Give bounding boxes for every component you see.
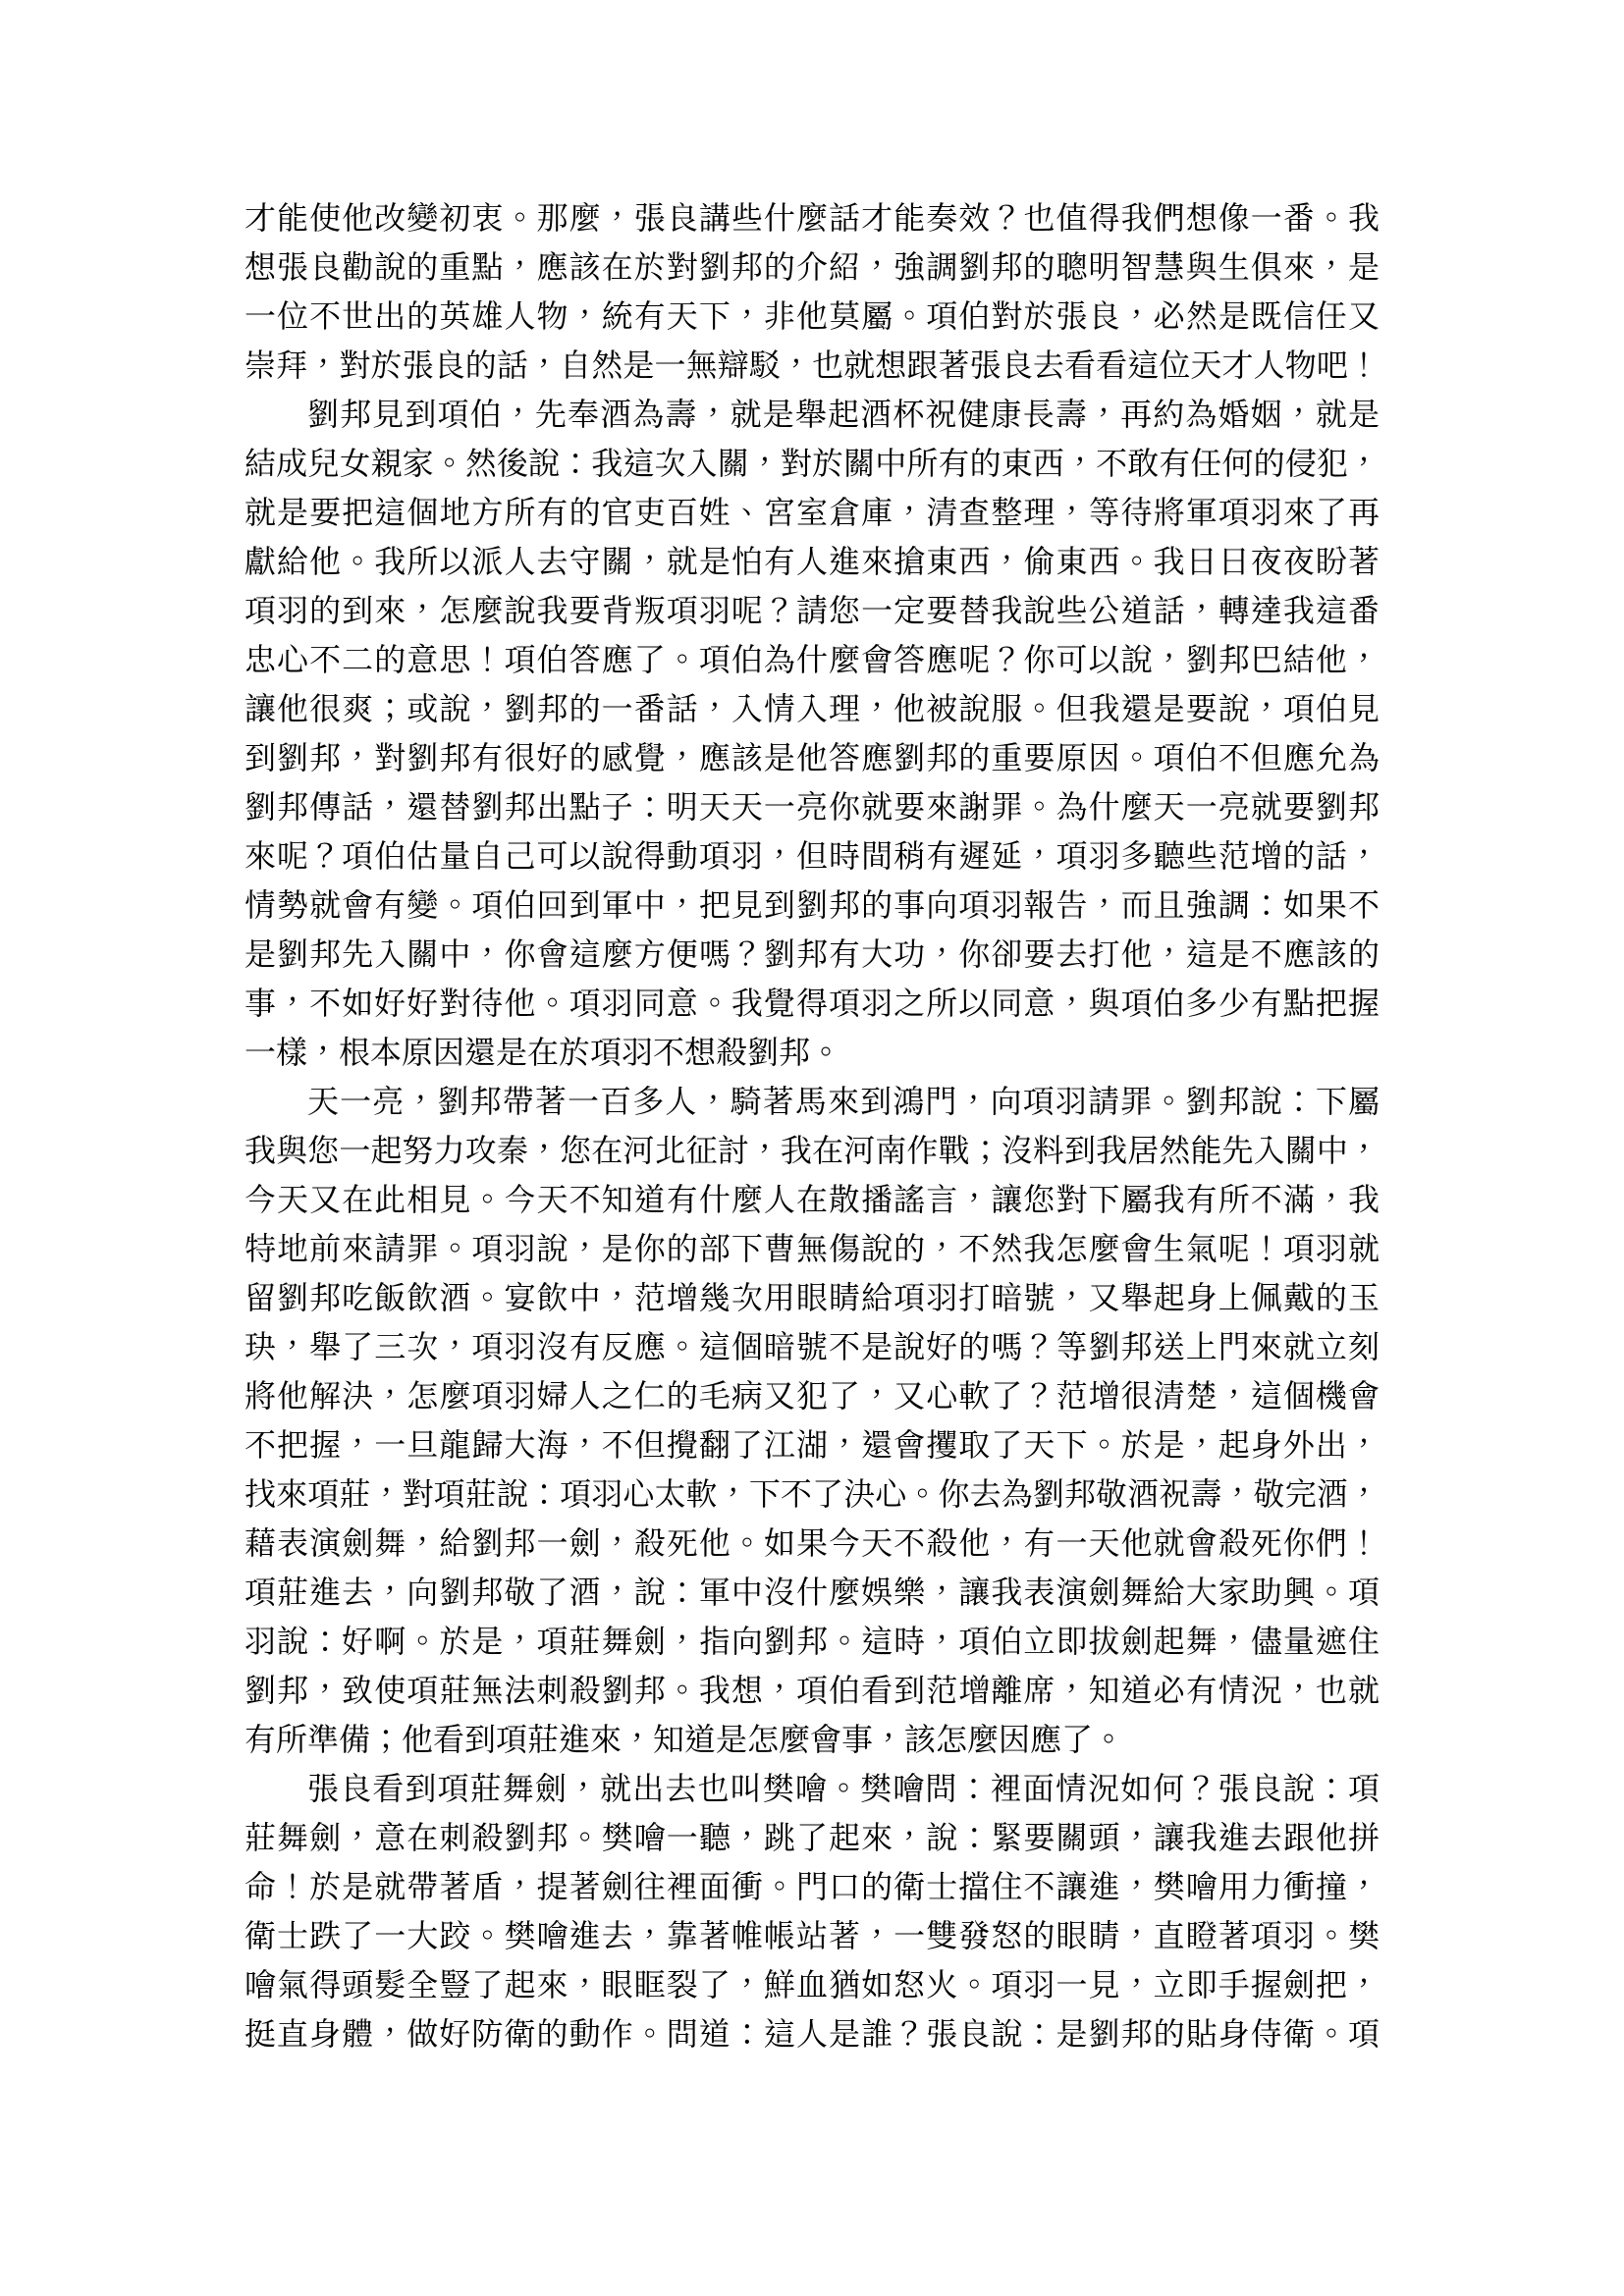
text-block: 才能使他改變初衷。那麼，張良講些什麼話才能奏效？也值得我們想像一番。我想張良勸說… <box>244 193 1380 2058</box>
paragraph-1: 才能使他改變初衷。那麼，張良講些什麼話才能奏效？也值得我們想像一番。我想張良勸說… <box>244 193 1380 390</box>
text-line: 才能使他改變初衷。那麼，張良講些什麼話才能奏效？也值得我們想像一番。我 <box>244 193 1380 242</box>
text-line: 今天又在此相見。今天不知道有什麼人在散播謠言，讓您對下屬我有所不滿，我 <box>244 1175 1380 1224</box>
text-line: 情勢就會有變。項伯回到軍中，把見到劉邦的事向項羽報告，而且強調：如果不 <box>244 881 1380 930</box>
text-line: 玦，舉了三次，項羽沒有反應。這個暗號不是說好的嗎？等劉邦送上門來就立刻 <box>244 1322 1380 1371</box>
text-line: 張良看到項莊舞劍，就出去也叫樊噲。樊噲問：裡面情況如何？張良說：項 <box>244 1764 1380 1813</box>
text-line: 將他解決，怎麼項羽婦人之仁的毛病又犯了，又心軟了？范增很清楚，這個機會 <box>244 1371 1380 1420</box>
text-line: 結成兒女親家。然後說：我這次入關，對於關中所有的東西，不敢有任何的侵犯， <box>244 439 1380 488</box>
text-line: 有所準備；他看到項莊進來，知道是怎麼會事，該怎麼因應了。 <box>244 1715 1380 1764</box>
text-line: 衛士跌了一大跤。樊噲進去，靠著帷帳站著，一雙發怒的眼睛，直瞪著項羽。樊 <box>244 1911 1380 1960</box>
text-line: 崇拜，對於張良的話，自然是一無辯駁，也就想跟著張良去看看這位天才人物吧！ <box>244 341 1380 390</box>
paragraph-4: 張良看到項莊舞劍，就出去也叫樊噲。樊噲問：裡面情況如何？張良說：項莊舞劍，意在刺… <box>244 1764 1380 2058</box>
text-line: 項莊進去，向劉邦敬了酒，說：軍中沒什麼娛樂，讓我表演劍舞給大家助興。項 <box>244 1568 1380 1617</box>
text-line: 不把握，一旦龍歸大海，不但攪翻了江湖，還會攫取了天下。於是，起身外出， <box>244 1420 1380 1469</box>
text-line: 劉邦傳話，還替劉邦出點子：明天天一亮你就要來謝罪。為什麼天一亮就要劉邦 <box>244 782 1380 831</box>
text-line: 項羽的到來，怎麼說我要背叛項羽呢？請您一定要替我說些公道話，轉達我這番 <box>244 586 1380 635</box>
paragraph-3: 天一亮，劉邦帶著一百多人，騎著馬來到鴻門，向項羽請罪。劉邦說：下屬我與您一起努力… <box>244 1077 1380 1764</box>
text-line: 挺直身體，做好防衛的動作。問道：這人是誰？張良說：是劉邦的貼身侍衛。項 <box>244 2009 1380 2058</box>
text-line: 留劉邦吃飯飲酒。宴飲中，范增幾次用眼睛給項羽打暗號，又舉起身上佩戴的玉 <box>244 1273 1380 1322</box>
text-line: 天一亮，劉邦帶著一百多人，騎著馬來到鴻門，向項羽請罪。劉邦說：下屬 <box>244 1077 1380 1126</box>
text-line: 命！於是就帶著盾，提著劍往裡面衝。門口的衛士擋住不讓進，樊噲用力衝撞， <box>244 1862 1380 1911</box>
text-line: 特地前來請罪。項羽說，是你的部下曹無傷說的，不然我怎麼會生氣呢！項羽就 <box>244 1224 1380 1273</box>
text-line: 我與您一起努力攻秦，您在河北征討，我在河南作戰；沒料到我居然能先入關中， <box>244 1126 1380 1175</box>
paragraph-2: 劉邦見到項伯，先奉酒為壽，就是舉起酒杯祝健康長壽，再約為婚姻，就是結成兒女親家。… <box>244 390 1380 1077</box>
text-line: 一位不世出的英雄人物，統有天下，非他莫屬。項伯對於張良，必然是既信任又 <box>244 292 1380 341</box>
text-line: 是劉邦先入關中，你會這麼方便嗎？劉邦有大功，你卻要去打他，這是不應該的 <box>244 930 1380 979</box>
text-line: 就是要把這個地方所有的官吏百姓、宮室倉庫，清查整理，等待將軍項羽來了再 <box>244 488 1380 537</box>
text-line: 獻給他。我所以派人去守關，就是怕有人進來搶東西，偷東西。我日日夜夜盼著 <box>244 537 1380 586</box>
document-page: 才能使他改變初衷。那麼，張良講些什麼話才能奏效？也值得我們想像一番。我想張良勸說… <box>0 0 1624 2296</box>
text-line: 讓他很爽；或說，劉邦的一番話，入情入理，他被說服。但我還是要說，項伯見 <box>244 684 1380 733</box>
text-line: 一樣，根本原因還是在於項羽不想殺劉邦。 <box>244 1028 1380 1077</box>
text-line: 想張良勸說的重點，應該在於對劉邦的介紹，強調劉邦的聰明智慧與生俱來，是 <box>244 242 1380 292</box>
text-line: 找來項莊，對項莊說：項羽心太軟，下不了決心。你去為劉邦敬酒祝壽，敬完酒， <box>244 1469 1380 1519</box>
text-line: 莊舞劍，意在刺殺劉邦。樊噲一聽，跳了起來，說：緊要關頭，讓我進去跟他拼 <box>244 1813 1380 1862</box>
text-line: 來呢？項伯估量自己可以說得動項羽，但時間稍有遲延，項羽多聽些范增的話， <box>244 831 1380 881</box>
text-line: 劉邦，致使項莊無法刺殺劉邦。我想，項伯看到范增離席，知道必有情況，也就 <box>244 1666 1380 1715</box>
text-line: 羽說：好啊。於是，項莊舞劍，指向劉邦。這時，項伯立即拔劍起舞，儘量遮住 <box>244 1617 1380 1666</box>
text-line: 忠心不二的意思！項伯答應了。項伯為什麼會答應呢？你可以說，劉邦巴結他， <box>244 635 1380 684</box>
text-line: 劉邦見到項伯，先奉酒為壽，就是舉起酒杯祝健康長壽，再約為婚姻，就是 <box>244 390 1380 439</box>
text-line: 噲氣得頭髮全豎了起來，眼眶裂了，鮮血猶如怒火。項羽一見，立即手握劍把， <box>244 1960 1380 2009</box>
text-line: 到劉邦，對劉邦有很好的感覺，應該是他答應劉邦的重要原因。項伯不但應允為 <box>244 733 1380 782</box>
text-line: 事，不如好好對待他。項羽同意。我覺得項羽之所以同意，與項伯多少有點把握 <box>244 979 1380 1028</box>
text-line: 藉表演劍舞，給劉邦一劍，殺死他。如果今天不殺他，有一天他就會殺死你們！ <box>244 1519 1380 1568</box>
